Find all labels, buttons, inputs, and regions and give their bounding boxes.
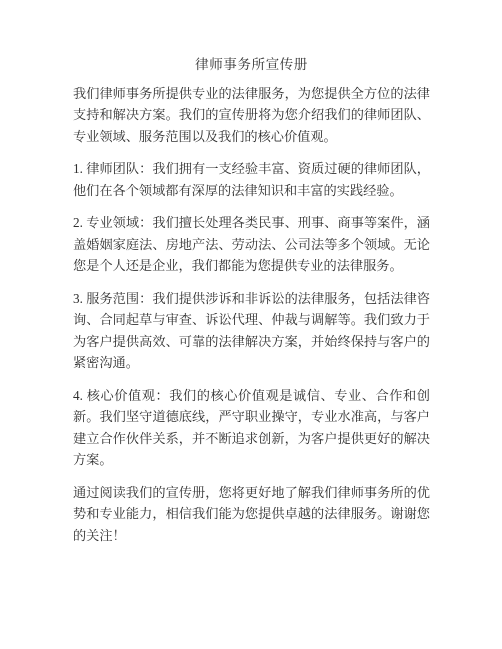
document-page: 律师事务所宣传册 我们律师事务所提供专业的法律服务，为您提供全方位的法律支持和解…: [0, 0, 502, 649]
document-title: 律师事务所宣传册: [73, 54, 430, 76]
paragraph-core-values: 4. 核心价值观：我们的核心价值观是诚信、专业、合作和创新。我们坚守道德底线，严…: [73, 385, 430, 471]
paragraph-practice-areas: 2. 专业领域：我们擅长处理各类民事、刑事、商事等案件，涵盖婚姻家庭法、房地产法…: [73, 212, 430, 277]
paragraph-service-scope: 3. 服务范围：我们提供涉诉和非诉讼的法律服务，包括法律咨询、合同起草与审查、诉…: [73, 288, 430, 374]
paragraph-lawyer-team: 1. 律师团队：我们拥有一支经验丰富、资质过硬的律师团队，他们在各个领域都有深厚…: [73, 158, 430, 201]
paragraph-closing: 通过阅读我们的宣传册，您将更好地了解我们律师事务所的优势和专业能力，相信我们能为…: [73, 482, 430, 547]
paragraph-intro: 我们律师事务所提供专业的法律服务，为您提供全方位的法律支持和解决方案。我们的宣传…: [73, 83, 430, 148]
